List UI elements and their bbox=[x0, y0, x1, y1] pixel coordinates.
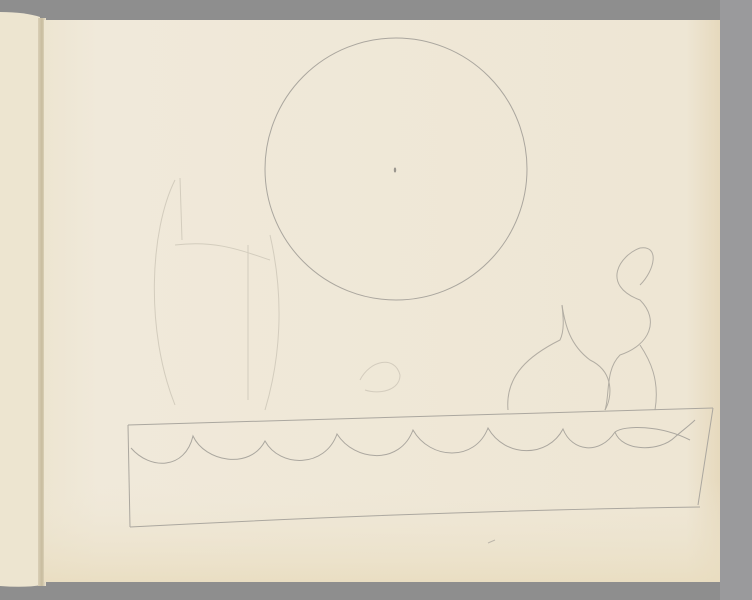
right-shadow bbox=[720, 0, 752, 600]
sketchbook-photo bbox=[0, 0, 752, 600]
left-page bbox=[0, 12, 42, 587]
page-bottom-tint bbox=[44, 480, 720, 582]
circle-center-mark bbox=[394, 168, 396, 173]
